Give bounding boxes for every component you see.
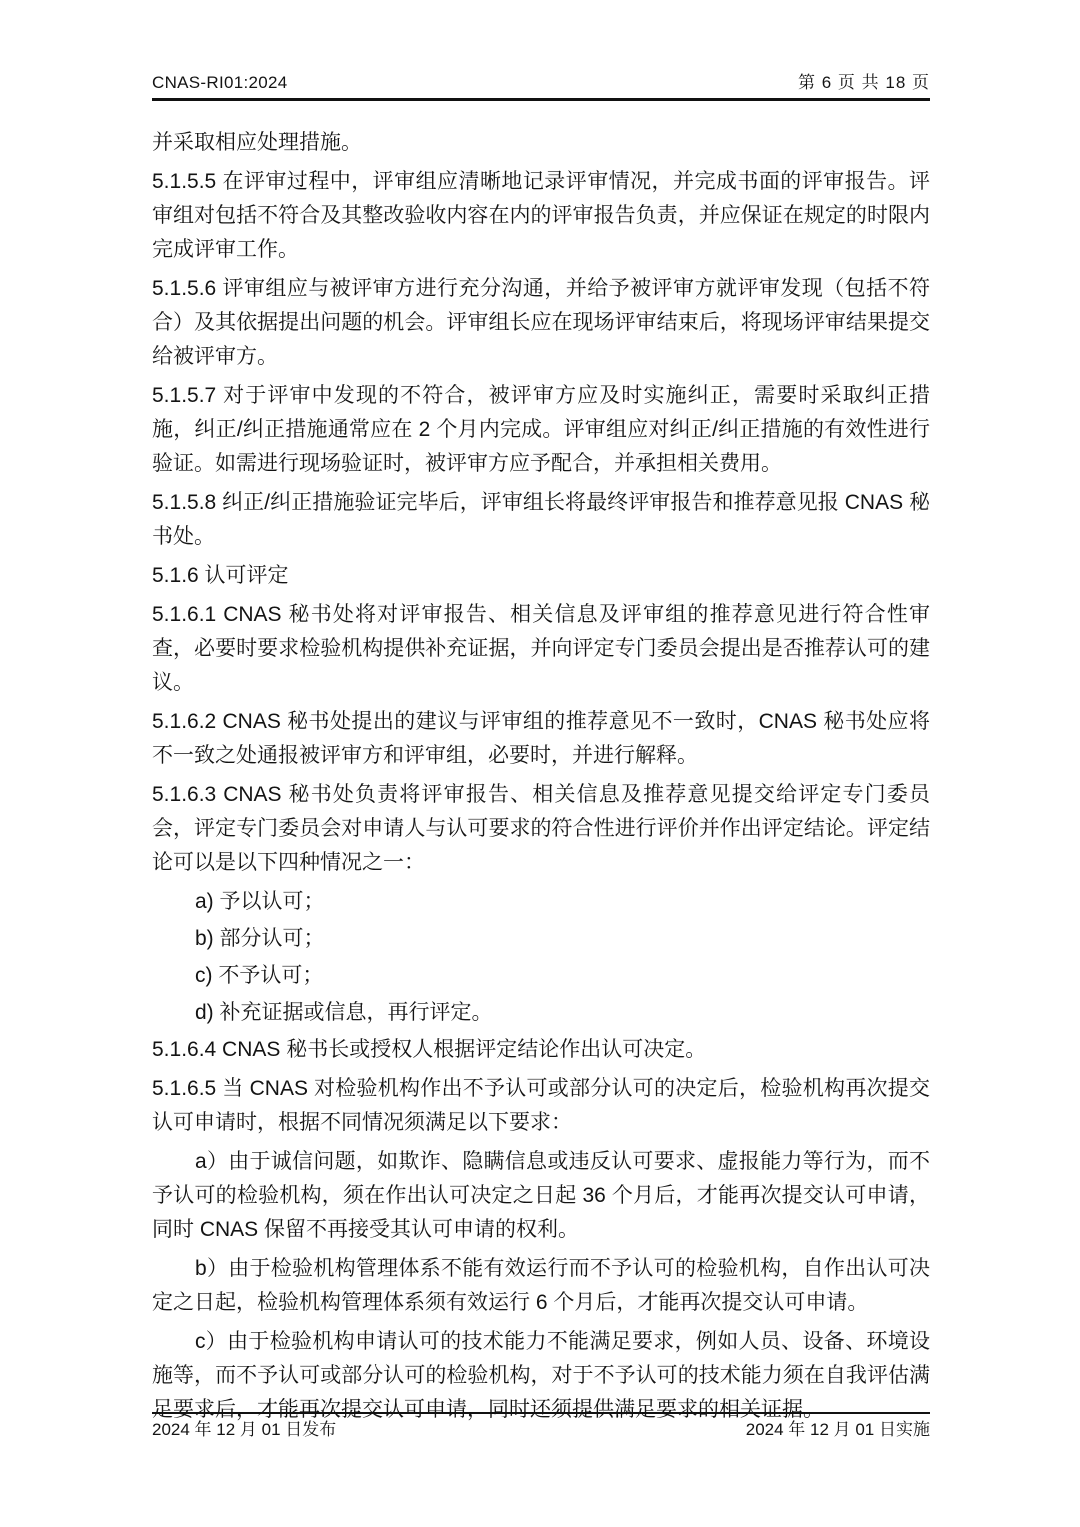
page-header-row: CNAS-RI01:2024 第 6 页 共 18 页 bbox=[152, 72, 930, 101]
clause-5-1-6-heading: 5.1.6 认可评定 bbox=[152, 559, 930, 593]
list-item-b: b) 部分认可； bbox=[152, 922, 930, 956]
list-item-c: c) 不予认可； bbox=[152, 959, 930, 993]
page-number-indicator: 第 6 页 共 18 页 bbox=[798, 72, 930, 94]
page-footer: 2024 年 12 月 01 日发布 2024 年 12 月 01 日实施 bbox=[152, 1412, 930, 1441]
clause-5-1-6-4: 5.1.6.4 CNAS 秘书长或授权人根据评定结论作出认可决定。 bbox=[152, 1033, 930, 1067]
clause-5-1-6-5: 5.1.6.5 当 CNAS 对检验机构作出不予认可或部分认可的决定后，检验机构… bbox=[152, 1072, 930, 1140]
list-item-a: a) 予以认可； bbox=[152, 885, 930, 919]
sub-para-b: b）由于检验机构管理体系不能有效运行而不予认可的检验机构，自作出认可决定之日起，… bbox=[152, 1252, 930, 1320]
clause-5-1-5-6: 5.1.5.6 评审组应与被评审方进行充分沟通，并给予被评审方就评审发现（包括不… bbox=[152, 272, 930, 374]
list-item-d: d) 补充证据或信息，再行评定。 bbox=[152, 996, 930, 1030]
clause-5-1-6-1: 5.1.6.1 CNAS 秘书处将对评审报告、相关信息及评审组的推荐意见进行符合… bbox=[152, 598, 930, 700]
clause-5-1-5-7: 5.1.5.7 对于评审中发现的不符合，被评审方应及时实施纠正，需要时采取纠正措… bbox=[152, 379, 930, 481]
clause-5-1-6-2: 5.1.6.2 CNAS 秘书处提出的建议与评审组的推荐意见不一致时，CNAS … bbox=[152, 705, 930, 773]
document-body: 并采取相应处理措施。 5.1.5.5 在评审过程中，评审组应清晰地记录评审情况，… bbox=[152, 126, 930, 1432]
document-page: CNAS-RI01:2024 第 6 页 共 18 页 并采取相应处理措施。 5… bbox=[0, 0, 1080, 1527]
document-code: CNAS-RI01:2024 bbox=[152, 72, 288, 94]
clause-5-1-5-5: 5.1.5.5 在评审过程中，评审组应清晰地记录评审情况，并完成书面的评审报告。… bbox=[152, 165, 930, 267]
clause-5-1-5-8: 5.1.5.8 纠正/纠正措施验证完毕后，评审组长将最终评审报告和推荐意见报 C… bbox=[152, 486, 930, 554]
clause-5-1-6-3: 5.1.6.3 CNAS 秘书处负责将评审报告、相关信息及推荐意见提交给评定专门… bbox=[152, 778, 930, 880]
implement-date: 2024 年 12 月 01 日实施 bbox=[746, 1419, 930, 1441]
sub-para-a: a）由于诚信问题，如欺诈、隐瞒信息或违反认可要求、虚报能力等行为，而不予认可的检… bbox=[152, 1145, 930, 1247]
page-header: CNAS-RI01:2024 第 6 页 共 18 页 bbox=[152, 72, 930, 101]
issue-date: 2024 年 12 月 01 日发布 bbox=[152, 1419, 336, 1441]
continuation-paragraph: 并采取相应处理措施。 bbox=[152, 126, 930, 160]
